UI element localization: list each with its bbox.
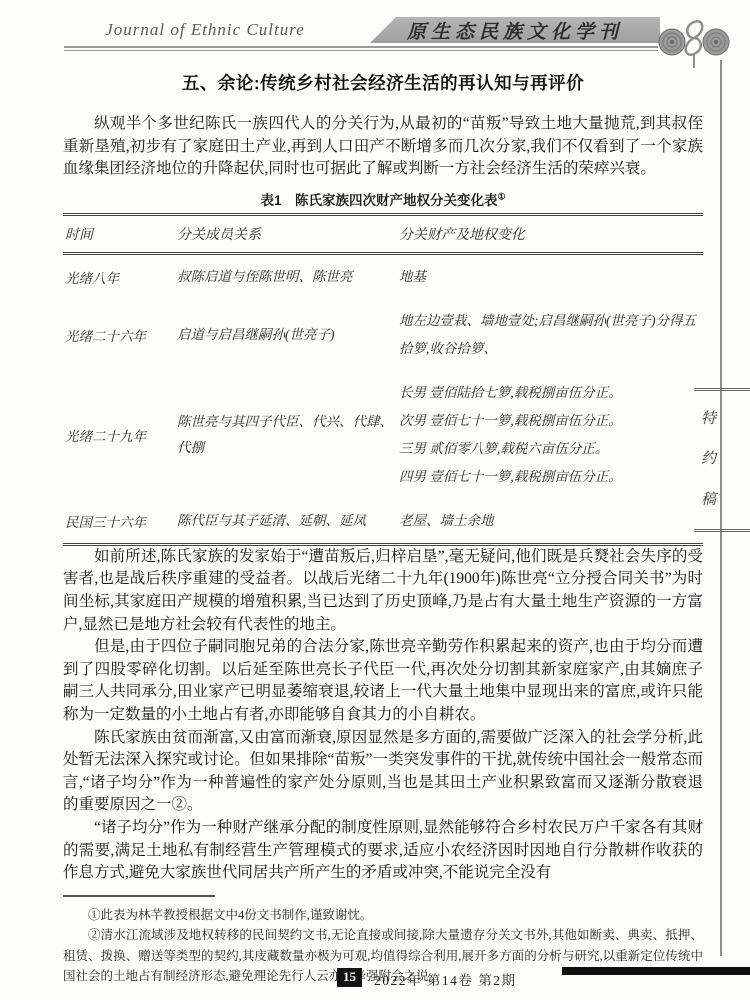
change-line: 地左边壹栽、墙地壹处;启昌继嗣孙(世亮子)分得五拾箩,收谷拾箩、 bbox=[399, 307, 703, 363]
body-paragraph: “诸子均分”作为一种财产继承分配的制度性原则,显然能够符合乡村农民万户千家各有其… bbox=[63, 817, 703, 885]
table-row: 光绪二十六年启道与启昌继嗣孙(世亮子)地左边壹栽、墙地壹处;启昌继嗣孙(世亮子)… bbox=[63, 299, 703, 371]
cell-members: 陈世亮与其四子代臣、代兴、代肆、代捌 bbox=[175, 371, 397, 499]
col-header-time: 时间 bbox=[63, 214, 175, 253]
table-row: 光绪八年叔陈启道与侄陈世明、陈世亮地基 bbox=[63, 253, 703, 299]
column-tag-char: 稿 bbox=[701, 493, 750, 508]
cell-time: 民国三十六年 bbox=[63, 499, 175, 545]
cell-changes: 老屋、墙土余地 bbox=[397, 499, 703, 545]
cell-changes: 地左边壹栽、墙地壹处;启昌继嗣孙(世亮子)分得五拾箩,收谷拾箩、 bbox=[397, 299, 703, 371]
cell-members: 叔陈启道与侄陈世明、陈世亮 bbox=[175, 253, 397, 299]
change-line: 三男 贰佰零八箩,载税六亩伍分正。 bbox=[399, 435, 703, 463]
section-title: 五、余论:传统乡村社会经济生活的再认知与再评价 bbox=[63, 70, 703, 95]
change-line: 地基 bbox=[399, 263, 703, 291]
footnote-item: ①此表为林芊教授根据文中4份文书制作,谨致谢忱。 bbox=[63, 905, 703, 926]
page-footer: 15 2022年 第14卷 第2期 bbox=[0, 966, 750, 988]
footnote-divider bbox=[63, 895, 215, 897]
body-paragraph: 但是,由于四位子嗣同胞兄弟的合法分家,陈世亮辛勤劳作积累起来的资产,也由于均分而… bbox=[63, 636, 703, 726]
column-tag-char: 特 bbox=[701, 412, 750, 427]
property-division-table: 时间 分关成员关系 分关财产及地权变化 光绪八年叔陈启道与侄陈世明、陈世亮地基光… bbox=[63, 213, 703, 546]
change-line: 次男 壹佰七十一箩,载税捌亩伍分正。 bbox=[399, 407, 703, 435]
change-line: 四男 壹佰七十一箩,载税捌亩伍分正。 bbox=[399, 463, 703, 491]
cell-time: 光绪八年 bbox=[63, 253, 175, 299]
journal-title-band: 原生态民族文化学刊 bbox=[370, 17, 660, 43]
paragraph-group-top: 纵观半个多世纪陈氏一族四代人的分关行为,从最初的“苗叛”导致土地大量抛荒,到其叔… bbox=[63, 113, 703, 181]
column-tag-char: 约 bbox=[701, 452, 750, 467]
table-caption-text: 表1 陈氏家族四次财产地权分关变化表 bbox=[260, 193, 497, 208]
cell-time: 光绪二十六年 bbox=[63, 299, 175, 371]
paragraph-group-bottom: 如前所述,陈氏家族的发家始于“遭苗叛后,归梓启垦”,毫无疑问,他们既是兵燹社会失… bbox=[63, 546, 703, 885]
page-number: 15 bbox=[337, 968, 362, 987]
table-caption: 表1 陈氏家族四次财产地权分关变化表① bbox=[63, 189, 703, 209]
table-caption-note-mark: ① bbox=[497, 191, 505, 201]
body-paragraph: 陈氏家族由贫而渐富,又由富而渐衰,原因显然是多方面的,需要做广泛深入的社会学分析… bbox=[63, 727, 703, 817]
table-row: 民国三十六年陈代臣与其子延清、延朝、延凤老屋、墙土余地 bbox=[63, 499, 703, 545]
footer-bar bbox=[562, 967, 750, 975]
knot-ornament-icon bbox=[648, 16, 740, 68]
body-paragraph: 纵观半个多世纪陈氏一族四代人的分关行为,从最初的“苗叛”导致土地大量抛荒,到其叔… bbox=[63, 113, 703, 181]
table-header-row: 时间 分关成员关系 分关财产及地权变化 bbox=[63, 214, 703, 253]
cell-members: 陈代臣与其子延清、延朝、延凤 bbox=[175, 499, 397, 545]
journal-title-english: Journal of Ethnic Culture bbox=[100, 20, 310, 40]
table-row: 光绪二十九年陈世亮与其四子代臣、代兴、代肆、代捌长男 壹佰陆拾七箩,载税捌亩伍分… bbox=[63, 371, 703, 499]
body-paragraph: 如前所述,陈氏家族的发家始于“遭苗叛后,归梓启垦”,毫无疑问,他们既是兵燹社会失… bbox=[63, 546, 703, 636]
issue-info: 2022年 第14卷 第2期 bbox=[374, 969, 517, 989]
cell-changes: 长男 壹佰陆拾七箩,载税捌亩伍分正。次男 壹佰七十一箩,载税捌亩伍分正。三男 贰… bbox=[397, 371, 703, 499]
article-body: 五、余论:传统乡村社会经济生活的再认知与再评价 纵观半个多世纪陈氏一族四代人的分… bbox=[63, 70, 703, 987]
page-header: Journal of Ethnic Culture 原生态民族文化学刊 bbox=[0, 0, 750, 52]
col-header-members: 分关成员关系 bbox=[175, 214, 397, 253]
cell-time: 光绪二十九年 bbox=[63, 371, 175, 499]
journal-page: Journal of Ethnic Culture 原生态民族文化学刊 特约稿 bbox=[0, 0, 750, 1000]
journal-title-chinese: 原生态民族文化学刊 bbox=[407, 17, 623, 44]
col-header-changes: 分关财产及地权变化 bbox=[397, 214, 703, 253]
change-line: 长男 壹佰陆拾七箩,载税捌亩伍分正。 bbox=[399, 379, 703, 407]
cell-changes: 地基 bbox=[397, 253, 703, 299]
cell-members: 启道与启昌继嗣孙(世亮子) bbox=[175, 299, 397, 371]
header-divider bbox=[64, 46, 658, 51]
change-line: 老屋、墙土余地 bbox=[399, 507, 703, 535]
